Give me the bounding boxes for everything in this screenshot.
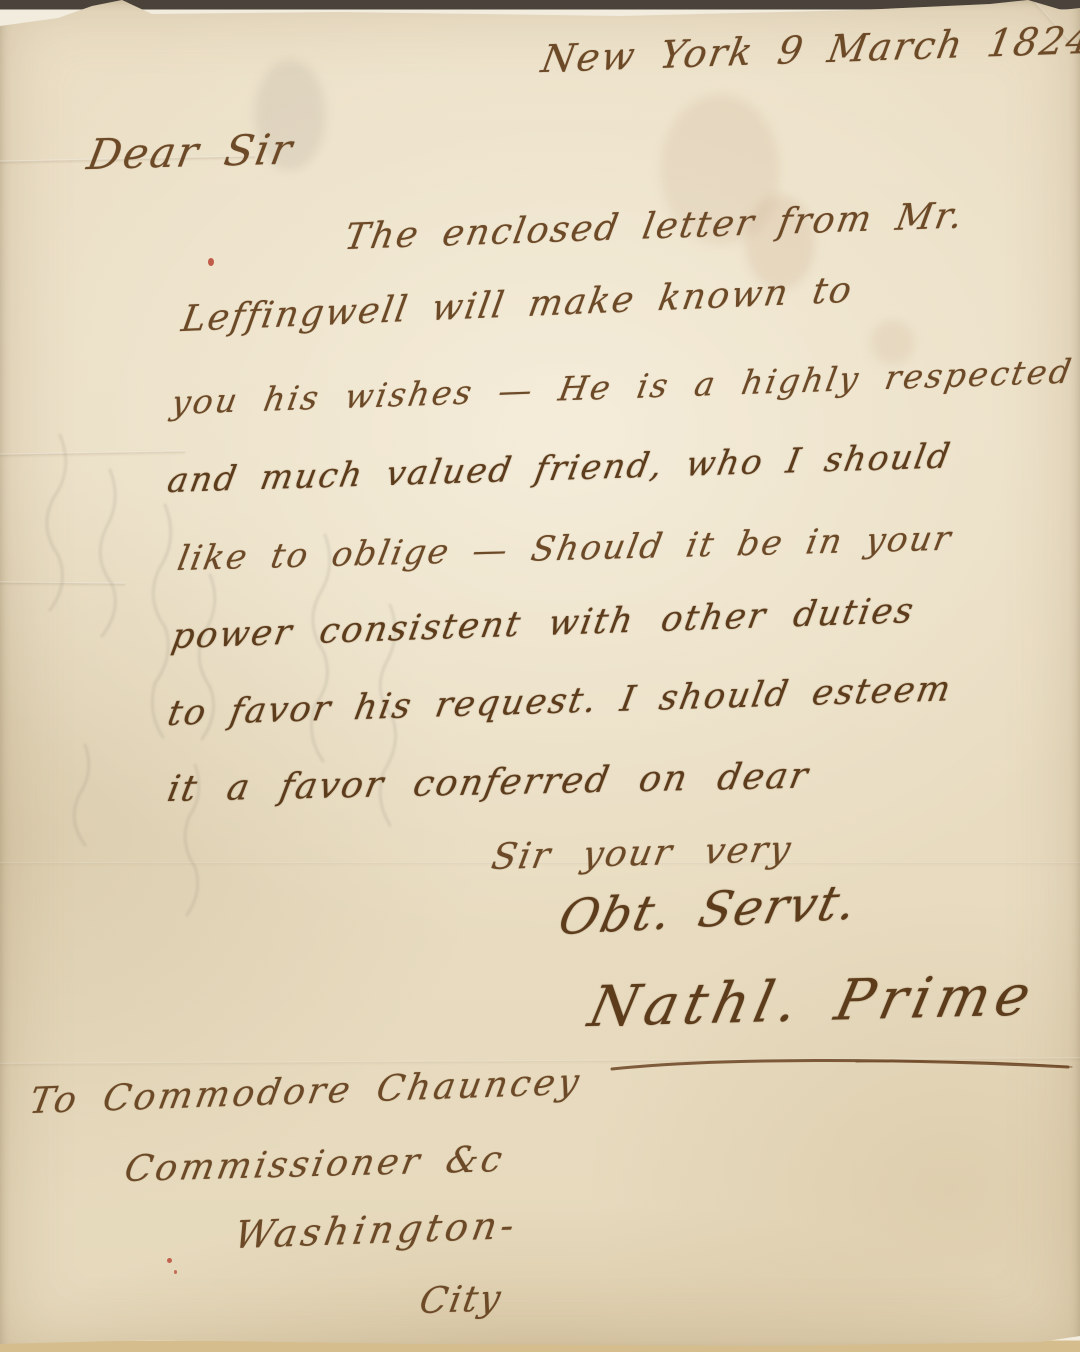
paper-sheet: New York 9 March 1824 Dear Sir The enclo… [0,0,1080,1352]
red-speck [174,1270,177,1274]
closing-line: Obt. Servt. [554,878,863,942]
letter-body-line: The enclosed letter from Mr. [342,198,967,256]
recipient-address-line: City [417,1281,505,1320]
salutation: Dear Sir [84,129,297,177]
signature: Nathl. Prime [584,968,1041,1036]
letter-body-line: Leffingwell will make known to [179,273,856,339]
scanned-letter-page: New York 9 March 1824 Dear Sir The enclo… [0,0,1080,1352]
letter-body-line: you his wishes — He is a highly respecte… [169,354,1076,419]
closing-line: Sir your very [489,832,795,876]
recipient-address-line: To Commodore Chauncey [27,1065,585,1120]
dateline: New York 9 March 1824 [539,21,1080,78]
red-speck [208,258,214,266]
recipient-address-line: Commissioner &c [122,1142,508,1188]
signature-flourish-underline [606,1054,1076,1076]
red-speck [167,1258,172,1263]
recipient-address-line: Washington- [232,1206,521,1254]
